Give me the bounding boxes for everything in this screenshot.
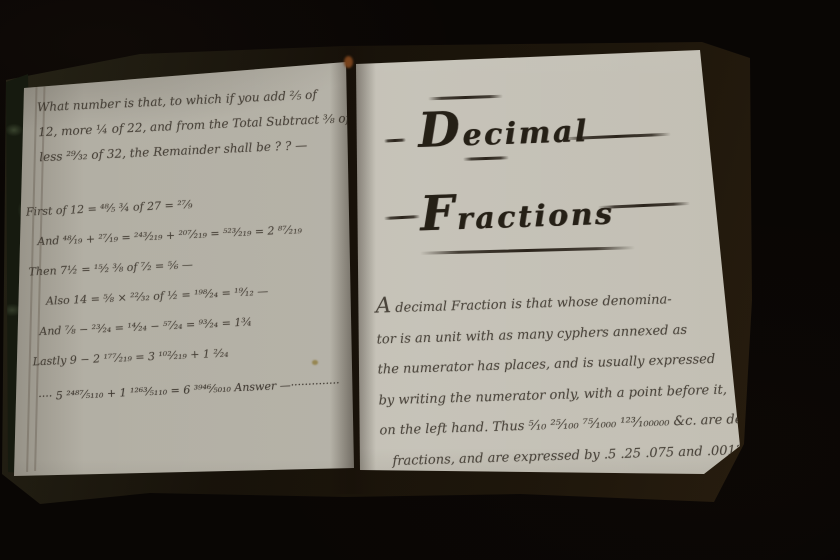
chapter-heading-fractions: Fractions	[419, 180, 615, 243]
flourish-stroke	[384, 138, 406, 142]
flourish-underline	[420, 246, 635, 254]
definition-paragraph: A decimal Fraction is that whose denomin…	[375, 281, 733, 478]
worked-solution: First of 12 = ⁴⁸⁄₅ ¾ of 27 = ²⁷⁄₉ And ⁴⁸…	[25, 183, 364, 413]
flourish-stroke	[428, 95, 503, 100]
flourish-stroke	[384, 215, 420, 219]
chapter-heading-decimal: Decimal	[417, 97, 589, 159]
problem-statement: What number is that, to which if you add…	[36, 81, 359, 170]
gutter-wear-spot	[344, 56, 353, 68]
photograph-of-open-notebook: What number is that, to which if you add…	[0, 0, 840, 560]
book-gutter-shadow	[330, 46, 376, 494]
